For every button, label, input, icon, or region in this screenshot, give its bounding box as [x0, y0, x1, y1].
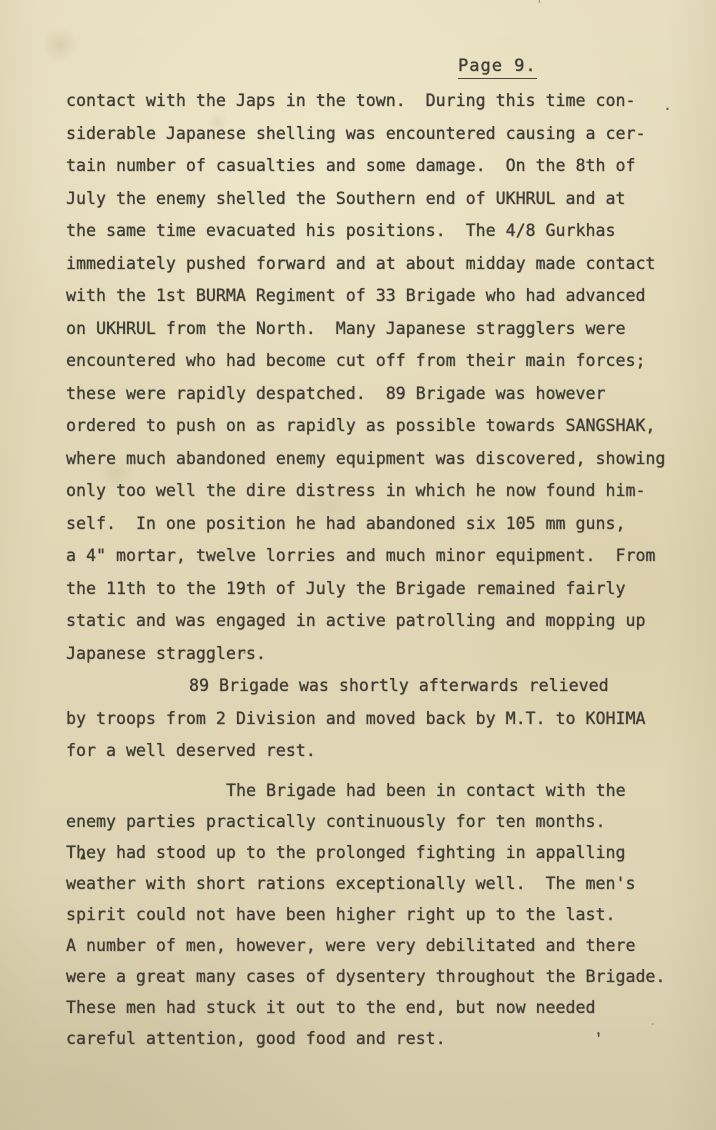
- stray-ink-comma-mark: ,: [289, 736, 297, 751]
- paragraph: The Brigade had been in contact with the…: [66, 775, 686, 1054]
- text-line: These men had stuck it out to the end, b…: [66, 992, 686, 1023]
- paragraph: contact with the Japs in the town. Durin…: [66, 85, 686, 670]
- page-number-heading: Page 9.: [458, 56, 537, 79]
- ink-caret-mark: ▲: [80, 851, 86, 862]
- text-line: spirit could not have been higher right …: [66, 899, 686, 930]
- text-line: where much abandoned enemy equipment was…: [66, 443, 686, 476]
- text-line: The Brigade had been in contact with the: [66, 775, 686, 806]
- document-page: Page 9. contact with the Japs in the tow…: [0, 0, 716, 1130]
- text-line: July the enemy shelled the Southern end …: [66, 183, 686, 216]
- stray-ink-dot-mark: .: [240, 640, 249, 658]
- text-line: Japanese stragglers.: [66, 638, 686, 671]
- stray-ink-tick-mark: ': [536, 0, 543, 11]
- text-line: A number of men, however, were very debi…: [66, 930, 686, 961]
- text-line: They had stood up to the prolonged fight…: [66, 837, 686, 868]
- text-line: only too well the dire distress in which…: [66, 475, 686, 508]
- text-line: weather with short rations exceptionally…: [66, 868, 686, 899]
- text-line: ordered to push on as rapidly as possibl…: [66, 410, 686, 443]
- paragraph: 89 Brigade was shortly afterwards reliev…: [66, 670, 686, 768]
- stray-ink-dot-mark: .: [663, 96, 672, 114]
- text-line: static and was engaged in active patroll…: [66, 605, 686, 638]
- text-line: these were rapidly despatched. 89 Brigad…: [66, 378, 686, 411]
- text-line: self. In one position he had abandoned s…: [66, 508, 686, 541]
- text-line: the 11th to the 19th of July the Brigade…: [66, 573, 686, 606]
- text-line: tain number of casualties and some damag…: [66, 150, 686, 183]
- text-line: for a well deserved rest.: [66, 735, 686, 768]
- stray-ink-dot-mark: .: [649, 1014, 656, 1028]
- text-line: enemy parties practically continuously f…: [66, 806, 686, 837]
- text-line: by troops from 2 Division and moved back…: [66, 703, 686, 736]
- text-body: contact with the Japs in the town. Durin…: [66, 85, 686, 1054]
- text-line: contact with the Japs in the town. Durin…: [66, 85, 686, 118]
- text-line: 89 Brigade was shortly afterwards reliev…: [66, 670, 686, 703]
- text-line: were a great many cases of dysentery thr…: [66, 961, 686, 992]
- text-line: encountered who had become cut off from …: [66, 345, 686, 378]
- text-line: siderable Japanese shelling was encounte…: [66, 118, 686, 151]
- text-line: on UKHRUL from the North. Many Japanese …: [66, 313, 686, 346]
- text-line: a 4" mortar, twelve lorries and much min…: [66, 540, 686, 573]
- text-line: with the 1st BURMA Regiment of 33 Brigad…: [66, 280, 686, 313]
- text-line: the same time evacuated his positions. T…: [66, 215, 686, 248]
- text-line: immediately pushed forward and at about …: [66, 248, 686, 281]
